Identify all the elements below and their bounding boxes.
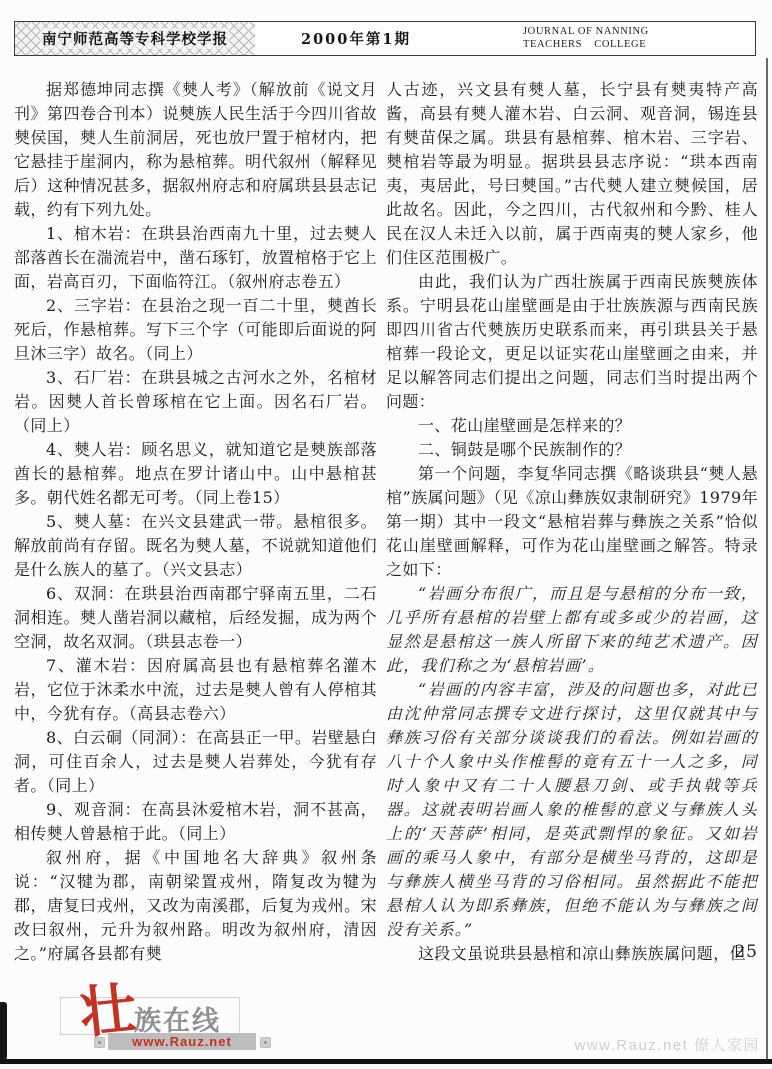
- rauz-logo-watermark: 壮 族在线 www.Rauz.net: [52, 993, 262, 1057]
- scan-corner-mark: [0, 1002, 7, 1060]
- logo-deco-left-icon: [94, 1037, 105, 1048]
- page-number: 25: [386, 942, 758, 962]
- paragraph: 二、铜鼓是哪个民族制作的？: [386, 438, 758, 462]
- paragraph: “岩画的内容丰富，涉及的问题也多，对此已由沈仲常同志撰专文进行探讨，这里仅就其中…: [386, 678, 758, 942]
- journal-title-en-line2: TEACHERS COLLEGE: [523, 39, 646, 50]
- journal-issue: 2000年第1期: [301, 28, 411, 49]
- journal-header: 南宁师范高等专科学校学报 2000年第1期 JOURNAL OF NANNING…: [14, 21, 756, 56]
- paragraph: 7、灌木岩：因府属高县也有悬棺葬名灌木岩，它位于沐柔水中流，过去是僰人曾有人停棺…: [14, 654, 377, 726]
- paragraph: 据郑德坤同志撰《僰人考》（解放前《说文月刊》第四卷合刊本）说僰族人民生活于今四川…: [14, 78, 377, 222]
- paragraph: 4、僰人岩：顾名思义，就知道它是僰族部落酋长的悬棺葬。地点在罗计诸山中。山中悬棺…: [14, 438, 377, 510]
- paragraph: 5、僰人墓：在兴文县建武一带。悬棺很多。解放前尚有存留。既名为僰人墓，不说就知道…: [14, 510, 377, 582]
- footer-right-watermark: www.Rauz.net 僚人家园: [440, 1034, 760, 1055]
- journal-title-en: JOURNAL OF NANNING TEACHERS COLLEGE: [523, 26, 649, 51]
- journal-page: 南宁师范高等专科学校学报 2000年第1期 JOURNAL OF NANNING…: [0, 0, 772, 1069]
- paragraph: 第一个问题，李复华同志撰《略谈珙县“僰人悬棺”族属问题》（见《凉山彝族奴隶制研究…: [386, 462, 758, 582]
- logo-url-text: www.Rauz.net: [132, 1034, 232, 1049]
- scan-right-edge: [766, 58, 768, 1059]
- paragraph: 1、棺木岩：在珙县治西南九十里，过去僰人部落酋长在湍流岩中，凿石琢钉，放置棺格于…: [14, 222, 377, 294]
- paragraph: 人古迹，兴文县有僰人墓，长宁县有僰夷特产高酱，高县有僰人灌木岩、白云洞、观音洞，…: [386, 78, 758, 270]
- left-column: 据郑德坤同志撰《僰人考》（解放前《说文月刊》第四卷合刊本）说僰族人民生活于今四川…: [14, 78, 377, 966]
- journal-title-cn: 南宁师范高等专科学校学报: [40, 28, 230, 49]
- right-column: 人古迹，兴文县有僰人墓，长宁县有僰夷特产高酱，高县有僰人灌木岩、白云洞、观音洞，…: [386, 78, 758, 966]
- paragraph: 叙州府，据《中国地名大辞典》叙州条说：“汉犍为郡，南朝梁置戎州，隋复改为犍为郡，…: [14, 846, 377, 966]
- paragraph: “岩画分布很广，而且是与悬棺的分布一致，几乎所有悬棺的岩壁上都有或多或少的岩画，…: [386, 582, 758, 678]
- paragraph: 8、白云硐（同洞）：在高县正一甲。岩壁悬白洞，可住百余人，过去是僰人岩葬处，今犹…: [14, 726, 377, 798]
- paragraph: 2、三字岩：在县治之现一百二十里，僰酋长死后，作悬棺葬。写下三个字（可能即后面说…: [14, 294, 377, 366]
- paragraph: 由此，我们认为广西壮族属于西南民族僰族体系。宁明县花山崖壁画是由于壮族族源与西南…: [386, 270, 758, 414]
- logo-url-banner: www.Rauz.net: [108, 1033, 256, 1050]
- logo-deco-right-icon: [260, 1037, 271, 1048]
- paragraph: 一、花山崖壁画是怎样来的？: [386, 414, 758, 438]
- journal-title-en-line1: JOURNAL OF NANNING: [523, 26, 649, 37]
- paragraph: 3、石厂岩：在珙县城之古河水之外，名棺材岩。因僰人首长曾琢棺在它上面。因名石厂岩…: [14, 366, 377, 438]
- journal-title-hatch-block: 南宁师范高等专科学校学报: [15, 22, 255, 55]
- scan-bottom-edge: [0, 1059, 772, 1064]
- paragraph: 9、观音洞：在高县沐爱棺木岩，洞不甚高，相传僰人曾悬棺于此。（同上）: [14, 798, 377, 846]
- paragraph: 6、双洞：在珙县治西南郡宁驿南五里，二石洞相连。僰人凿岩洞以藏棺，后经发掘，成为…: [14, 582, 377, 654]
